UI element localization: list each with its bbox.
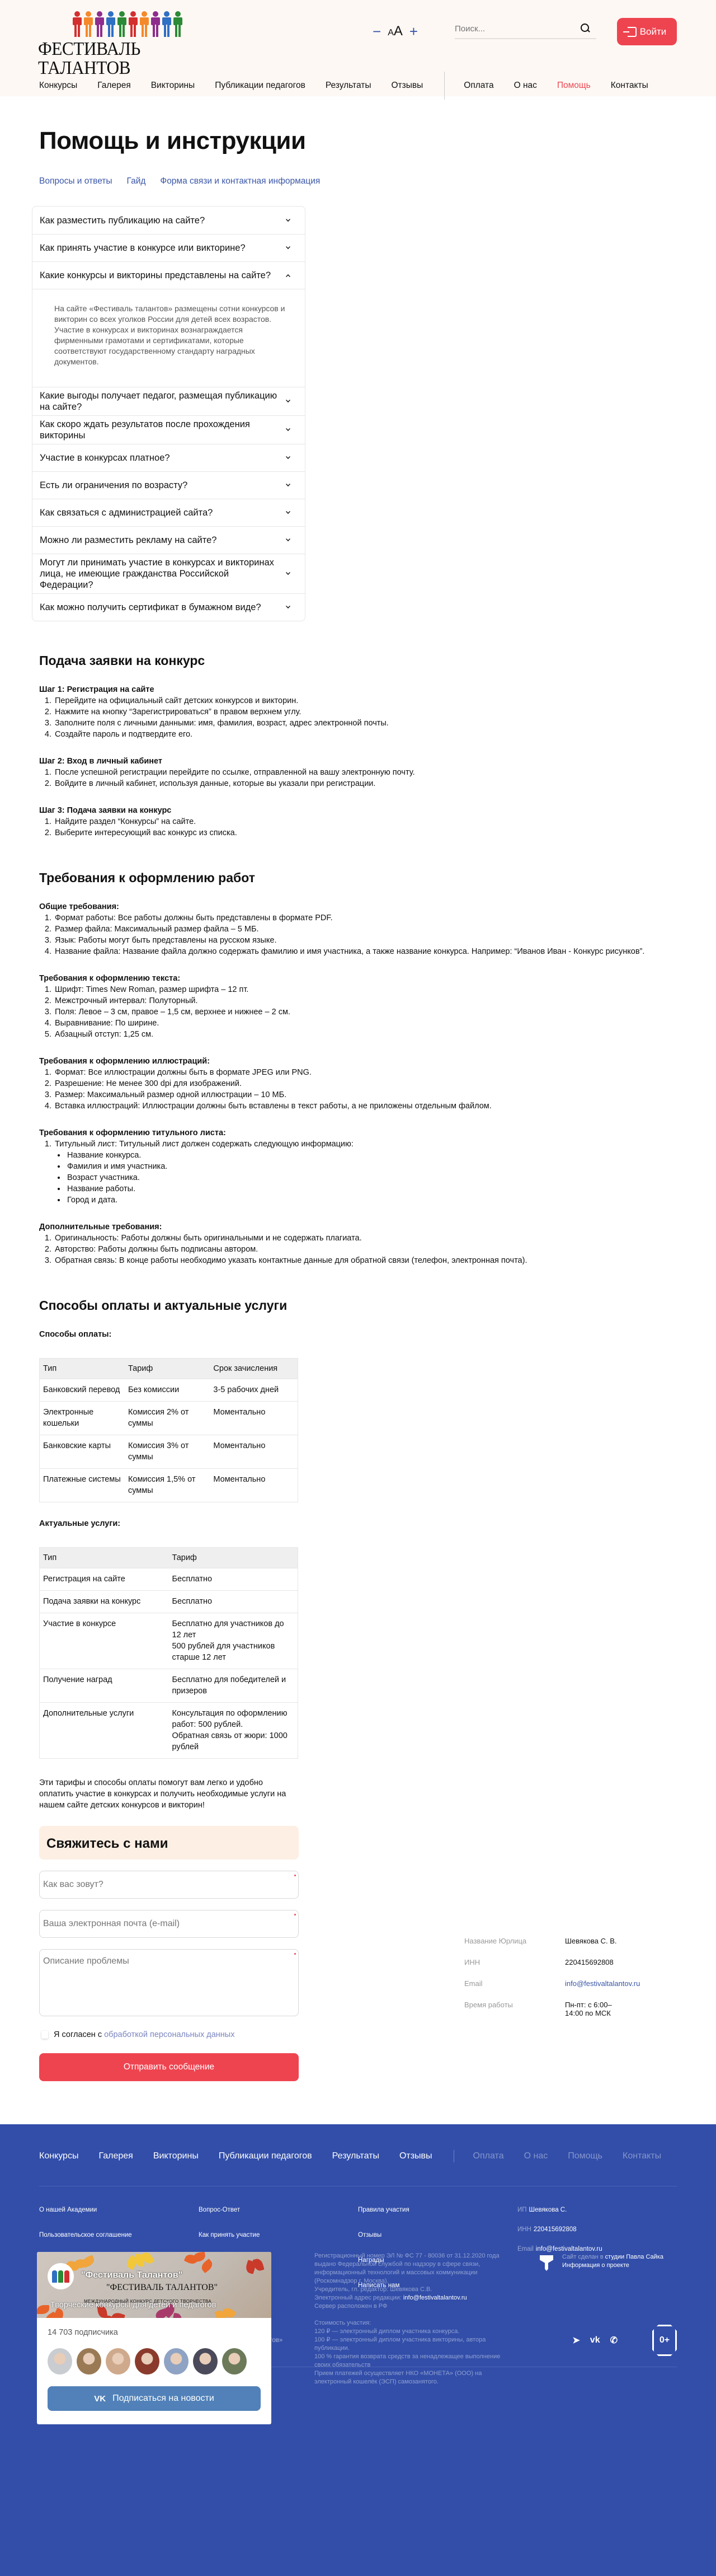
- list-item: Заполните поля с личными данными: имя, ф…: [54, 718, 677, 729]
- footer-info-row: Emailinfo@festivaltalantov.ru: [517, 2246, 677, 2252]
- faq-question[interactable]: Какие выгоды получает педагог, размещая …: [32, 387, 305, 415]
- block-title: Шаг 2: Вход в личный кабинет: [39, 756, 677, 767]
- faq-question[interactable]: Есть ли ограничения по возрасту?: [32, 471, 305, 499]
- organization-info: Название ЮрлицаШевякова С. В.ИНН22041569…: [464, 1937, 640, 2030]
- nav-item-0[interactable]: Конкурсы: [39, 2151, 78, 2161]
- list-item: Поля: Левое – 3 см, правое – 1,5 см, вер…: [54, 1006, 677, 1018]
- org-label: ИНН: [464, 1958, 565, 1966]
- chevron-down-icon[interactable]: [286, 509, 290, 514]
- org-row: Название ЮрлицаШевякова С. В.: [464, 1937, 640, 1945]
- nav-item-2[interactable]: Викторины: [153, 2151, 199, 2161]
- email-field: [39, 1910, 299, 1938]
- chevron-down-icon[interactable]: [286, 537, 290, 541]
- vk-group-avatar[interactable]: [48, 2263, 74, 2289]
- nav-item-5[interactable]: Отзывы: [399, 2151, 432, 2161]
- chevron-down-icon[interactable]: [286, 604, 290, 608]
- nav-item-5[interactable]: Отзывы: [391, 81, 423, 91]
- bullet-item: Город и дата.: [66, 1195, 677, 1206]
- nav-secondary-item-0[interactable]: Оплата: [473, 2151, 504, 2161]
- leaf-decoration: [172, 2313, 183, 2318]
- list-item: Название файла: Название файла должно со…: [54, 946, 677, 957]
- privacy-link[interactable]: обработкой персональных данных: [104, 2030, 234, 2039]
- nav-secondary-item-3[interactable]: Контакты: [623, 2151, 661, 2161]
- list-item: Титульный лист: Титульный лист должен со…: [54, 1139, 677, 1206]
- whatsapp-icon[interactable]: ✆: [610, 2335, 618, 2346]
- bullet-item: Возраст участника.: [66, 1172, 677, 1183]
- list-item: Создайте пароль и подтвердите его.: [54, 729, 677, 740]
- list-item: Обратная связь: В конце работы необходим…: [54, 1255, 677, 1266]
- bullet-list: Название конкурса.Фамилия и имя участник…: [55, 1150, 677, 1206]
- list-item: Формат работы: Все работы должны быть пр…: [54, 912, 677, 924]
- org-label: Название Юрлица: [464, 1937, 565, 1945]
- instruction-block: Общие требования:Формат работы: Все рабо…: [39, 901, 677, 957]
- site-footer: КонкурсыГалереяВикториныПубликации педаг…: [0, 2124, 716, 2576]
- site-header: ФЕСТИВАЛЬ ТАЛАНТОВ − AA + Войти Конкурсы…: [0, 0, 716, 96]
- contact-title: Свяжитесь с нами: [39, 1826, 299, 1860]
- vk-icon: VK: [94, 2394, 106, 2404]
- org-value: 220415692808: [565, 1958, 614, 1966]
- table-cell: Банковский перевод: [40, 1379, 125, 1402]
- logo-person-icon: [161, 11, 172, 38]
- subscriber-avatar[interactable]: [135, 2348, 159, 2374]
- faq-question-text: Как можно получить сертификат в бумажном…: [40, 599, 261, 616]
- nav-item-3[interactable]: Публикации педагогов: [215, 81, 305, 91]
- nav-item-0[interactable]: Конкурсы: [39, 81, 77, 91]
- faq-question-text: Какие конкурсы и викторины представлены …: [40, 267, 271, 284]
- submit-button[interactable]: Отправить сообщение: [39, 2053, 299, 2081]
- cost-line: Прием платежей осуществляет НКО «МОНЕТА»…: [314, 2369, 502, 2386]
- chevron-down-icon[interactable]: [286, 482, 290, 486]
- list-item: Авторство: Работы должны быть подписаны …: [54, 1244, 677, 1255]
- block-title: Шаг 3: Подача заявки на конкурс: [39, 805, 677, 816]
- nav-secondary-item-1[interactable]: О нас: [524, 2151, 548, 2161]
- faq-question-text: Как скоро ждать результатов после прохож…: [40, 416, 280, 444]
- list-item: Язык: Работы могут быть представлены на …: [54, 935, 677, 946]
- footer-info-label: Email: [517, 2246, 534, 2252]
- table-cell: 3-5 рабочих дней: [210, 1379, 298, 1402]
- footer-link[interactable]: О нашей Академии: [39, 2207, 199, 2213]
- table-cell: Без комиссии: [125, 1379, 210, 1402]
- studio-credit: Сайт сделан в студии Павла Сайка Информа…: [539, 2253, 663, 2272]
- legal-email-link[interactable]: info@festivaltalantov.ru: [403, 2294, 467, 2301]
- search-input[interactable]: [455, 24, 567, 34]
- faq-question-text: Можно ли разместить рекламу на сайте?: [40, 532, 216, 549]
- block-title: Дополнительные требования:: [39, 1221, 677, 1233]
- faq-question[interactable]: Можно ли разместить рекламу на сайте?: [32, 526, 305, 554]
- nav-divider: [444, 72, 445, 100]
- logo-person-icon: [150, 11, 161, 38]
- contact-section: Свяжитесь с нами Я согласен с обработкой…: [39, 1826, 677, 2083]
- bullet-item: Название конкурса.: [66, 1150, 677, 1161]
- vk-subscribers-count: 14 703 подписчика: [37, 2318, 271, 2337]
- table-cell: Бесплатно: [169, 1568, 298, 1591]
- instruction-block: Требования к оформлению иллюстраций:Форм…: [39, 1056, 677, 1112]
- cost-line: 100 % гарантия возврата средств за ненад…: [314, 2353, 502, 2369]
- services-title: Актуальные услуги:: [39, 1519, 677, 1528]
- table-cell: Бесплатно для победителей и призеров: [169, 1669, 298, 1703]
- page: ФЕСТИВАЛЬ ТАЛАНТОВ − AA + Войти Конкурсы…: [0, 0, 716, 2576]
- guide-title: Подача заявки на конкурс: [39, 653, 677, 668]
- services-table: ТипТарифРегистрация на сайтеБесплатноПод…: [39, 1547, 298, 1759]
- block-title: Шаг 1: Регистрация на сайте: [39, 684, 677, 695]
- numbered-list: Оригинальность: Работы должны быть ориги…: [39, 1233, 677, 1266]
- nav-item-3[interactable]: Публикации педагогов: [219, 2151, 312, 2161]
- org-value: Пн-пт: с 6:00–14:00 по МСК: [565, 2001, 626, 2017]
- chevron-down-icon[interactable]: [286, 570, 290, 575]
- divider: [39, 2186, 677, 2186]
- consent-checkbox[interactable]: [41, 2031, 48, 2039]
- faq-question[interactable]: Как можно получить сертификат в бумажном…: [32, 593, 305, 621]
- legal-line: Учредитель, гл. редактор: Шевякова С.В.: [314, 2285, 502, 2294]
- table-cell: Консультация по оформлению работ: 500 ру…: [169, 1703, 298, 1759]
- requirements-list: Общие требования:Формат работы: Все рабо…: [39, 901, 677, 1266]
- list-item: Размер: Максимальный размер одной иллюст…: [54, 1089, 677, 1100]
- org-row: Время работыПн-пт: с 6:00–14:00 по МСК: [464, 2001, 640, 2017]
- studio-link[interactable]: студии Павла Сайка: [605, 2254, 663, 2260]
- table-cell: Моментально: [210, 1402, 298, 1435]
- name-input[interactable]: [40, 1871, 298, 1898]
- anchor-link-2[interactable]: Форма связи и контактная информация: [160, 176, 320, 186]
- instruction-block: Шаг 3: Подача заявки на конкурсНайдите р…: [39, 805, 677, 839]
- font-decrease-button[interactable]: −: [373, 26, 381, 37]
- footer-link[interactable]: Как принять участие: [199, 2232, 358, 2238]
- footer-info-label: ИП: [517, 2207, 527, 2213]
- cost-title: Стоимость участия:: [314, 2319, 502, 2327]
- table-row: Платежные системыКомиссия 1,5% от суммыМ…: [40, 1469, 298, 1502]
- anchor-links: Вопросы и ответыГайдФорма связи и контак…: [39, 176, 677, 186]
- list-item: Разрешение: Не менее 300 dpi для изображ…: [54, 1078, 677, 1089]
- block-title: Общие требования:: [39, 901, 677, 912]
- logo[interactable]: ФЕСТИВАЛЬ ТАЛАНТОВ: [38, 11, 228, 56]
- font-size-label: AA: [388, 24, 403, 39]
- table-cell: Моментально: [210, 1469, 298, 1502]
- table-header: Тип: [40, 1548, 169, 1568]
- faq-question-text: Участие в конкурсах платное?: [40, 449, 170, 466]
- logo-person-icon: [72, 11, 82, 38]
- block-title: Требования к оформлению титульного листа…: [39, 1127, 677, 1139]
- list-item: Абзацный отступ: 1,25 см.: [54, 1029, 677, 1040]
- nav-item-4[interactable]: Результаты: [332, 2151, 379, 2161]
- table-cell: Комиссия 1,5% от суммы: [125, 1469, 210, 1502]
- footer-info-row: ИНН220415692808: [517, 2226, 677, 2232]
- footer-info-value: 220415692808: [534, 2226, 577, 2233]
- project-info-link[interactable]: Информация о проекте: [562, 2262, 629, 2269]
- payment-title: Способы оплаты и актуальные услуги: [39, 1298, 677, 1313]
- payment-outro: Эти тарифы и способы оплаты помогут вам …: [39, 1777, 299, 1811]
- bullet-item: Название работы.: [66, 1183, 677, 1195]
- list-item: Шрифт: Times New Roman, размер шрифта – …: [54, 984, 677, 995]
- vk-widget: "ФЕСТИВАЛЬ ТАЛАНТОВ" МЕЖДУНАРОДНЫЙ КОНКУ…: [37, 2252, 271, 2424]
- list-item: Размер файла: Максимальный размер файла …: [54, 924, 677, 935]
- payment-methods-table: ТипТарифСрок зачисленияБанковский перево…: [39, 1358, 298, 1502]
- chevron-up-icon[interactable]: [286, 274, 290, 279]
- cost-line: 120 ₽ — электронный диплом участника кон…: [314, 2327, 502, 2336]
- chevron-down-icon[interactable]: [286, 217, 290, 222]
- legal-email-line: Электронный адрес редакции: info@festiva…: [314, 2294, 502, 2302]
- faq-question[interactable]: Какие конкурсы и викторины представлены …: [32, 261, 305, 289]
- guide-steps: Шаг 1: Регистрация на сайтеПерейдите на …: [39, 684, 677, 839]
- instruction-block: Шаг 1: Регистрация на сайтеПерейдите на …: [39, 684, 677, 740]
- org-row: Emailinfo@festivaltalantov.ru: [464, 1979, 640, 1988]
- subscriber-avatar[interactable]: [77, 2348, 101, 2374]
- numbered-list: После успешной регистрации перейдите по …: [39, 767, 677, 789]
- footer-link[interactable]: Правила участия: [358, 2207, 517, 2213]
- subscriber-avatar[interactable]: [222, 2348, 247, 2374]
- table-cell: Получение наград: [40, 1669, 169, 1703]
- vk-subscribe-button[interactable]: VKПодписаться на новости: [48, 2386, 261, 2411]
- message-field: [39, 1949, 299, 2016]
- logo-person-icon: [105, 11, 116, 38]
- search-box: [455, 19, 596, 39]
- login-button[interactable]: Войти: [617, 18, 677, 45]
- nav-secondary-item-1[interactable]: О нас: [514, 81, 537, 91]
- leaf-decoration: [37, 2305, 49, 2314]
- table-cell: Участие в конкурсе: [40, 1613, 169, 1669]
- table-cell: Дополнительные услуги: [40, 1703, 169, 1759]
- logo-person-icon: [172, 11, 183, 38]
- subscriber-avatar[interactable]: [106, 2348, 130, 2374]
- instruction-block: Требования к оформлению титульного листа…: [39, 1127, 677, 1206]
- instruction-block: Требования к оформлению текста:Шрифт: Ti…: [39, 973, 677, 1040]
- cost-line: 100 ₽ — электронный диплом участника вик…: [314, 2336, 502, 2353]
- legal-line: Регистрационный номер ЭЛ № ФС 77 - 80036…: [314, 2252, 502, 2285]
- required-marker: [294, 1914, 296, 1915]
- nav-secondary-item-3[interactable]: Контакты: [611, 81, 648, 91]
- required-marker: [294, 1875, 296, 1876]
- list-item: Нажмите на кнопку “Зарегистрироваться” в…: [54, 706, 677, 718]
- table-header: Тариф: [169, 1548, 298, 1568]
- numbered-list: Титульный лист: Титульный лист должен со…: [39, 1139, 677, 1206]
- subscriber-avatar[interactable]: [164, 2348, 189, 2374]
- requirements-title: Требования к оформлению работ: [39, 870, 677, 886]
- list-item: Войдите в личный кабинет, используя данн…: [54, 778, 677, 789]
- table-cell: Регистрация на сайте: [40, 1568, 169, 1591]
- nav-secondary-item-0[interactable]: Оплата: [464, 81, 493, 91]
- chevron-down-icon[interactable]: [286, 427, 290, 431]
- anchor-link-0[interactable]: Вопросы и ответы: [39, 176, 112, 186]
- faq-question-text: Как принять участие в конкурсе или викто…: [40, 240, 246, 256]
- footer-info-row: ИПШевякова С.: [517, 2207, 677, 2213]
- table-header: Тип: [40, 1359, 125, 1379]
- nav-item-1[interactable]: Галерея: [98, 2151, 133, 2161]
- faq-question[interactable]: Как связаться с администрацией сайта?: [32, 499, 305, 526]
- org-value[interactable]: info@festivaltalantov.ru: [565, 1979, 640, 1988]
- numbered-list: Шрифт: Times New Roman, размер шрифта – …: [39, 984, 677, 1040]
- nav-secondary-item-2[interactable]: Помощь: [557, 81, 591, 91]
- table-cell: Платежные системы: [40, 1469, 125, 1502]
- list-item: Межстрочный интервал: Полуторный.: [54, 995, 677, 1006]
- anchor-link-1[interactable]: Гайд: [127, 176, 146, 186]
- faq-question[interactable]: Участие в конкурсах платное?: [32, 444, 305, 471]
- payment-methods-title: Способы оплаты:: [39, 1330, 677, 1339]
- login-icon: [628, 27, 637, 37]
- org-label: Время работы: [464, 2001, 565, 2017]
- table-cell: Моментально: [210, 1435, 298, 1469]
- table-cell: Подача заявки на конкурс: [40, 1591, 169, 1613]
- table-cell: Бесплатно для участников до 12 лет500 ру…: [169, 1613, 298, 1669]
- numbered-list: Перейдите на официальный сайт детских ко…: [39, 695, 677, 740]
- age-rating-badge: 0+: [652, 2325, 677, 2356]
- telegram-icon[interactable]: ➤: [572, 2335, 580, 2346]
- table-cell: Бесплатно: [169, 1591, 298, 1613]
- table-header: Тариф: [125, 1359, 210, 1379]
- faq-question[interactable]: Как скоро ждать результатов после прохож…: [32, 415, 305, 444]
- footer-link[interactable]: Отзывы: [358, 2232, 517, 2238]
- footer-link[interactable]: Пользовательское соглашение: [39, 2232, 199, 2238]
- email-input[interactable]: [40, 1910, 298, 1937]
- list-item: Выравнивание: По ширине.: [54, 1018, 677, 1029]
- instruction-block: Дополнительные требования:Оригинальность…: [39, 1221, 677, 1266]
- logo-person-icon: [139, 11, 149, 38]
- vk-subscriber-avatars: [37, 2337, 271, 2374]
- main-content: Помощь и инструкции Вопросы и ответыГайд…: [0, 127, 716, 2083]
- block-title: Требования к оформлению иллюстраций:: [39, 1056, 677, 1067]
- page-title: Помощь и инструкции: [39, 127, 677, 155]
- logo-person-icon: [116, 11, 127, 38]
- legal-line: Сервер расположен в РФ: [314, 2302, 502, 2311]
- table-cell: Электронные кошельки: [40, 1402, 125, 1435]
- required-marker: [294, 1953, 296, 1955]
- table-row: Участие в конкурсеБесплатно для участник…: [40, 1613, 298, 1669]
- list-item: Перейдите на официальный сайт детских ко…: [54, 695, 677, 706]
- subscriber-avatar[interactable]: [193, 2348, 218, 2374]
- faq-question-text: Как разместить публикацию на сайте?: [40, 212, 205, 229]
- table-row: Подача заявки на конкурсБесплатно: [40, 1591, 298, 1613]
- faq-question-text: Как связаться с администрацией сайта?: [40, 504, 213, 521]
- table-row: Банковский переводБез комиссии3-5 рабочи…: [40, 1379, 298, 1402]
- footer-info-value: Шевякова С.: [529, 2207, 567, 2213]
- faq-question-text: Могут ли принимать участие в конкурсах и…: [40, 554, 280, 593]
- vk-icon[interactable]: vk: [590, 2335, 600, 2345]
- list-item: Вставка иллюстраций: Иллюстрации должны …: [54, 1100, 677, 1112]
- numbered-list: Найдите раздел “Конкурсы” на сайте.Выбер…: [39, 816, 677, 839]
- faq-accordion: Как разместить публикацию на сайте?Как п…: [32, 206, 305, 621]
- footer-info-value[interactable]: info@festivaltalantov.ru: [536, 2246, 602, 2252]
- table-row: Электронные кошелькиКомиссия 2% от суммы…: [40, 1402, 298, 1435]
- social-links: ➤ vk ✆ 0+: [572, 2325, 677, 2356]
- nav-item-4[interactable]: Результаты: [326, 81, 371, 91]
- table-row: Регистрация на сайтеБесплатно: [40, 1568, 298, 1591]
- font-size-control: − AA +: [373, 24, 418, 39]
- bullet-item: Фамилия и имя участника.: [66, 1161, 677, 1172]
- consent-checkbox-row[interactable]: Я согласен с обработкой персональных дан…: [39, 2030, 677, 2039]
- footer-info-label: ИНН: [517, 2226, 531, 2233]
- nav-divider: [454, 2150, 454, 2162]
- logo-person-icon: [94, 11, 105, 38]
- font-increase-button[interactable]: +: [409, 26, 418, 37]
- faq-question[interactable]: Как принять участие в конкурсе или викто…: [32, 234, 305, 261]
- list-item: Оригинальность: Работы должны быть ориги…: [54, 1233, 677, 1244]
- list-item: После успешной регистрации перейдите по …: [54, 767, 677, 778]
- table-row: Банковские картыКомиссия 3% от суммыМоме…: [40, 1435, 298, 1469]
- vk-banner-text: "ФЕСТИВАЛЬ ТАЛАНТОВ": [106, 2283, 218, 2293]
- numbered-list: Формат: Все иллюстрации должны быть в фо…: [39, 1067, 677, 1112]
- chevron-down-icon[interactable]: [286, 245, 290, 249]
- footer-nav: КонкурсыГалереяВикториныПубликации педаг…: [39, 2124, 677, 2162]
- nav-item-2[interactable]: Викторины: [151, 81, 195, 91]
- nav-item-1[interactable]: Галерея: [97, 81, 130, 91]
- table-cell: Комиссия 3% от суммы: [125, 1435, 210, 1469]
- logo-person-icon: [83, 11, 93, 38]
- faq-question-text: Какие выгоды получает педагог, размещая …: [40, 387, 280, 415]
- logo-people-icon: [72, 11, 228, 38]
- list-item: Найдите раздел “Конкурсы” на сайте.: [54, 816, 677, 827]
- chevron-down-icon[interactable]: [286, 398, 290, 402]
- instruction-block: Шаг 2: Вход в личный кабинетПосле успешн…: [39, 756, 677, 789]
- org-row: ИНН220415692808: [464, 1958, 640, 1966]
- nav-secondary-item-2[interactable]: Помощь: [568, 2151, 602, 2161]
- org-value: Шевякова С. В.: [565, 1937, 617, 1945]
- main-nav: КонкурсыГалереяВикториныПубликации педаг…: [39, 72, 677, 100]
- logo-person-icon: [128, 11, 138, 38]
- chevron-down-icon[interactable]: [286, 455, 290, 459]
- search-icon[interactable]: [581, 24, 591, 34]
- faq-question[interactable]: Как разместить публикацию на сайте?: [32, 207, 305, 234]
- list-item: Выберите интересующий вас конкурс из спи…: [54, 827, 677, 839]
- table-row: Получение наградБесплатно для победителе…: [40, 1669, 298, 1703]
- studio-logo-icon: [539, 2253, 554, 2272]
- subscriber-avatar[interactable]: [48, 2348, 72, 2374]
- vk-group-name[interactable]: "Фестиваль Талантов": [81, 2270, 182, 2280]
- faq-question[interactable]: Могут ли принимать участие в конкурсах и…: [32, 554, 305, 593]
- faq-question-text: Есть ли ограничения по возрасту?: [40, 477, 187, 494]
- name-field: [39, 1871, 299, 1899]
- numbered-list: Формат работы: Все работы должны быть пр…: [39, 912, 677, 957]
- block-title: Требования к оформлению текста:: [39, 973, 677, 984]
- vk-cover-image: "ФЕСТИВАЛЬ ТАЛАНТОВ" МЕЖДУНАРОДНЫЙ КОНКУ…: [37, 2252, 271, 2318]
- table-row: Дополнительные услугиКонсультация по офо…: [40, 1703, 298, 1759]
- table-cell: Комиссия 2% от суммы: [125, 1402, 210, 1435]
- legal-info: Регистрационный номер ЭЛ № ФС 77 - 80036…: [314, 2252, 502, 2386]
- vk-group-description: Творческие конкурсы для детей и педагого…: [50, 2301, 216, 2310]
- leaf-decoration: [199, 2259, 214, 2273]
- footer-link[interactable]: Вопрос-Ответ: [199, 2207, 358, 2213]
- table-cell: Банковские карты: [40, 1435, 125, 1469]
- message-textarea[interactable]: [40, 1950, 298, 2016]
- faq-answer: На сайте «Фестиваль талантов» размещены …: [32, 289, 305, 387]
- table-header: Срок зачисления: [210, 1359, 298, 1379]
- list-item: Формат: Все иллюстрации должны быть в фо…: [54, 1067, 677, 1078]
- org-label: Email: [464, 1979, 565, 1988]
- spacer: [314, 2311, 502, 2319]
